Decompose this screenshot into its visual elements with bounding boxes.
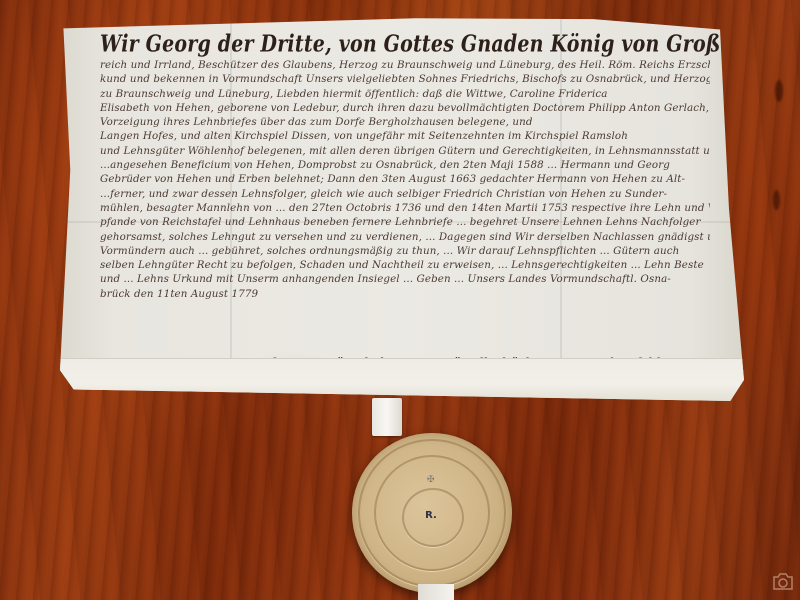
seal-ribbon xyxy=(372,398,402,436)
seal-ribbon-end xyxy=(418,584,454,600)
text-line: und ... Lehns Urkund mit Unserm anhangen… xyxy=(100,272,710,286)
text-line: kund und bekennen in Vormundschaft Unser… xyxy=(100,72,710,86)
text-line: Vorzeigung ihres Lehnbriefes über das zu… xyxy=(100,115,710,129)
text-line: zu Braunschweig und Lüneburg, Liebden hi… xyxy=(100,87,710,101)
text-line: Vormündern auch ... gebühret, solches or… xyxy=(100,244,710,258)
folded-bottom-flap xyxy=(60,358,744,401)
document-body: Wir Georg der Dritte, von Gottes Gnaden … xyxy=(100,30,710,301)
text-line: Langen Hofes, und alten Kirchspiel Disse… xyxy=(100,129,710,143)
text-line: Elisabeth von Hehen, geborene von Ledebu… xyxy=(100,101,710,115)
text-line: Gebrüder von Hehen und Erben belehnet; D… xyxy=(100,172,710,186)
date-line: brück den 11ten August 1779 xyxy=(100,287,430,301)
seal-crest-mark: ✠ xyxy=(427,475,439,491)
text-line: selben Lehngüter Recht zu befolgen, Scha… xyxy=(100,258,710,272)
text-line: pfande von Reichstafel und Lehnhaus bene… xyxy=(100,215,710,229)
wax-seal: ✠ R. xyxy=(352,433,512,593)
wood-knot xyxy=(775,80,783,102)
seal-center-mark: R. xyxy=(420,508,442,524)
wood-knot xyxy=(773,190,780,210)
camera-icon xyxy=(771,570,795,594)
text-line: ...angesehen Beneficium von Hehen, Dompr… xyxy=(100,158,710,172)
text-line: reich und Irrland, Beschützer des Glaube… xyxy=(100,58,710,72)
text-line: gehorsamst, solches Lehngut zu versehen … xyxy=(100,230,710,244)
text-line: mühlen, besagter Mannlehn von ... den 27… xyxy=(100,201,710,215)
text-line: und Lehnsgüter Wöhlenhof belegenen, mit … xyxy=(100,144,710,158)
document-paper: Wir Georg der Dritte, von Gottes Gnaden … xyxy=(60,16,744,401)
document-heading: Wir Georg der Dritte, von Gottes Gnaden … xyxy=(100,30,710,58)
text-line: ...ferner, und zwar dessen Lehnsfolger, … xyxy=(100,187,710,201)
